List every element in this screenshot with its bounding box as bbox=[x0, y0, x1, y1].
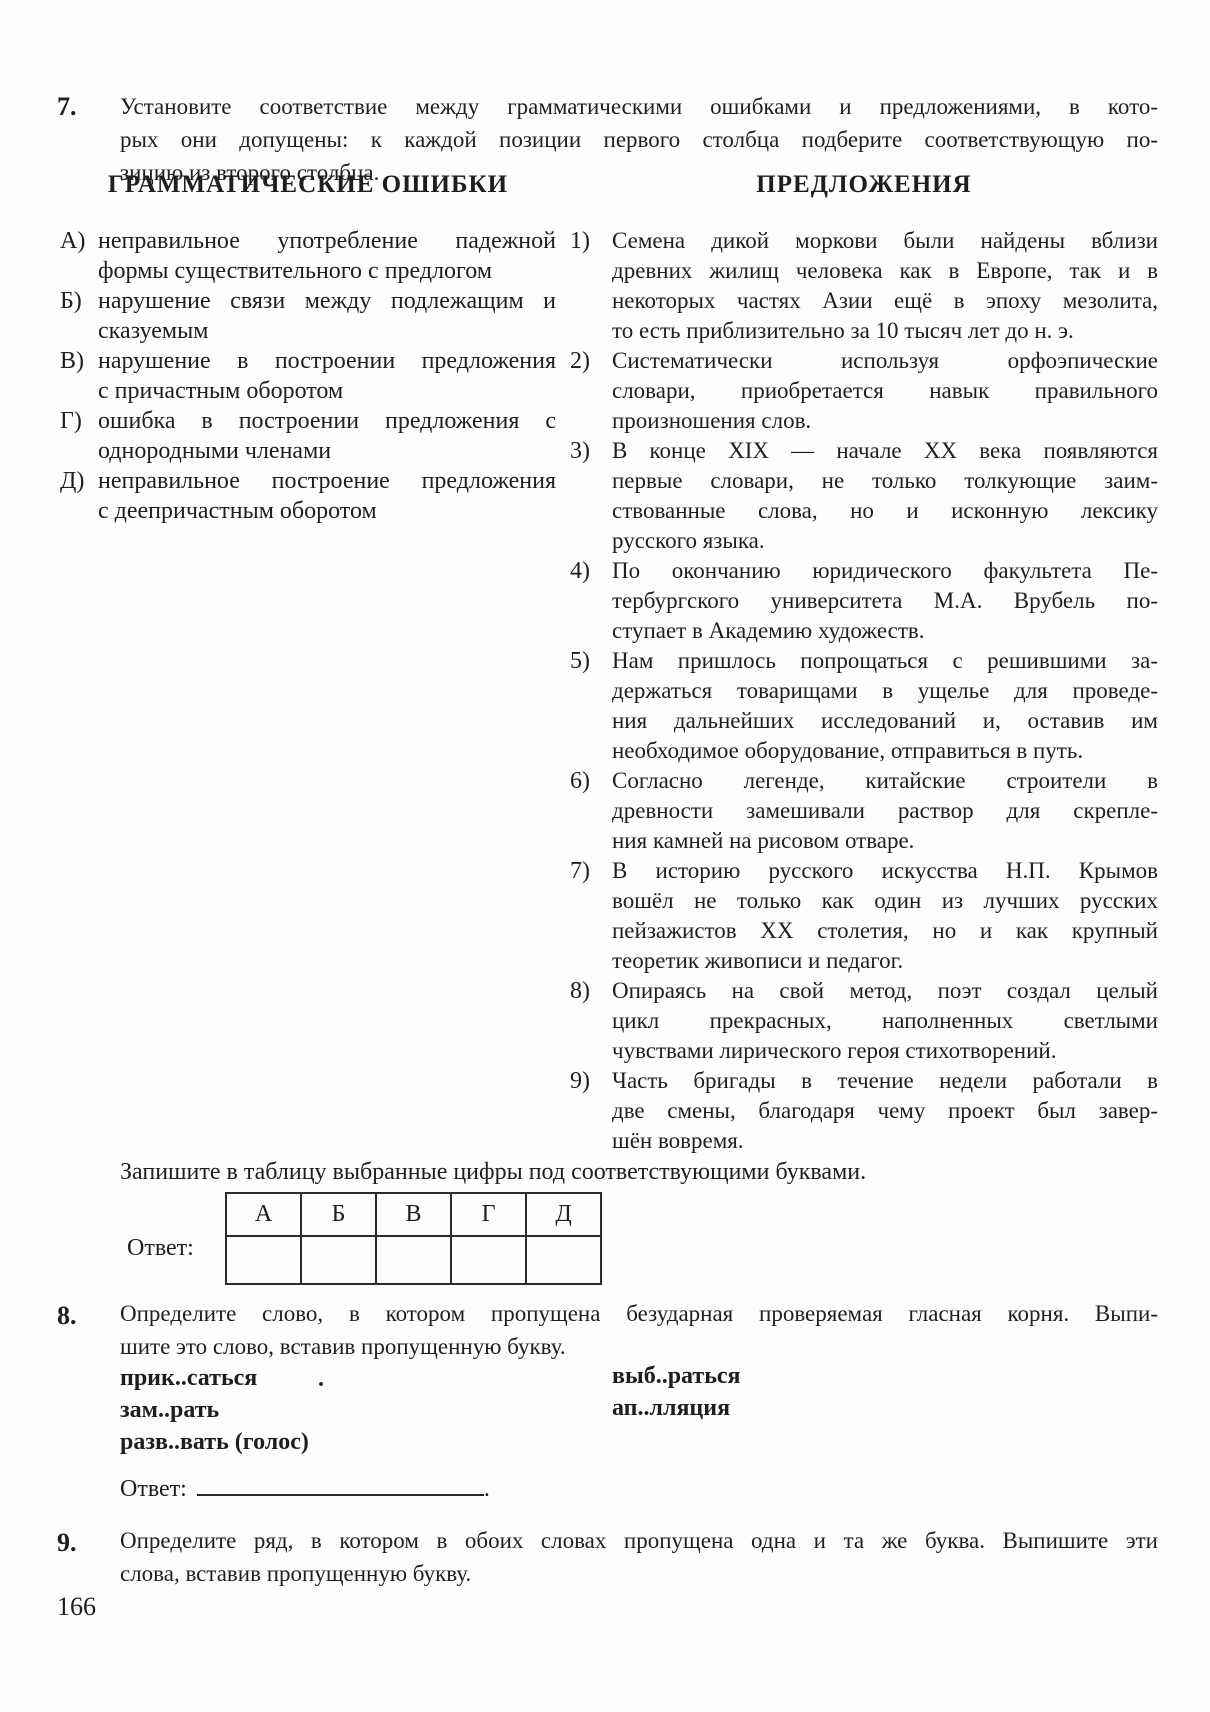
match-list-item: 6) Согласно легенде, китайские строители… bbox=[570, 766, 1158, 856]
item-label: 6) bbox=[570, 766, 612, 856]
match-list-item: 9) Часть бригады в течение недели работа… bbox=[570, 1066, 1158, 1156]
task8-prompt: Определите слово, в котором пропущена бе… bbox=[120, 1297, 1158, 1363]
item-label: 1) bbox=[570, 226, 612, 346]
task7-answer-label: Ответ: bbox=[127, 1233, 194, 1263]
answer-table-empty-cell[interactable] bbox=[301, 1236, 376, 1284]
item-text: Семена дикой моркови были найдены вблизи… bbox=[612, 226, 1158, 346]
sentences-list: 1) Семена дикой моркови были найдены вбл… bbox=[570, 226, 1158, 1156]
task7-number: 7. bbox=[57, 90, 77, 123]
match-list-item: 4) По окончанию юридического факультета … bbox=[570, 556, 1158, 646]
task8-answer-blank-line bbox=[197, 1472, 484, 1496]
match-list-item: В) нарушение в построении предложенияс п… bbox=[60, 346, 556, 406]
task8-answer-row: Ответ:. bbox=[120, 1472, 490, 1504]
match-list-item: 5) Нам пришлось попрощаться с решившими … bbox=[570, 646, 1158, 766]
answer-table-header-row: АБВГД bbox=[226, 1193, 601, 1236]
answer-table-empty-row bbox=[226, 1236, 601, 1284]
page-number: 166 bbox=[57, 1592, 96, 1622]
match-list-item: Б) нарушение связи между подлежащим иска… bbox=[60, 286, 556, 346]
word-item: выб..раться bbox=[612, 1360, 741, 1392]
sentences-column: ПРЕДЛОЖЕНИЯ 1) Семена дикой моркови были… bbox=[570, 170, 1158, 1156]
item-label: Г) bbox=[60, 406, 98, 466]
item-text: Нам пришлось попрощаться с решившими за-… bbox=[612, 646, 1158, 766]
grammar-errors-list: А) неправильное употребление падежнойфор… bbox=[60, 226, 556, 526]
word-item: прик..саться bbox=[120, 1362, 309, 1394]
match-list-item: 7) В историю русского искусства Н.П. Кры… bbox=[570, 856, 1158, 976]
item-text: В конце XIX — начале XX века появляютсяп… bbox=[612, 436, 1158, 556]
match-list-item: 1) Семена дикой моркови были найдены вбл… bbox=[570, 226, 1158, 346]
match-list-item: 8) Опираясь на свой метод, поэт создал ц… bbox=[570, 976, 1158, 1066]
answer-table-header-cell: Б bbox=[301, 1193, 376, 1236]
item-label: 3) bbox=[570, 436, 612, 556]
answer-table-header-cell: А bbox=[226, 1193, 301, 1236]
task7-answer-table: АБВГД bbox=[225, 1192, 602, 1285]
match-list-item: А) неправильное употребление падежнойфор… bbox=[60, 226, 556, 286]
item-text: Согласно легенде, китайские строители вд… bbox=[612, 766, 1158, 856]
item-label: 9) bbox=[570, 1066, 612, 1156]
answer-table-header-cell: В bbox=[376, 1193, 451, 1236]
match-list-item: Д) неправильное построение предложенияс … bbox=[60, 466, 556, 526]
scanned-textbook-page: 7. Установите соответствие между граммат… bbox=[0, 0, 1210, 1712]
item-label: Д) bbox=[60, 466, 98, 526]
task8-words-right: выб..ратьсяап..лляция bbox=[612, 1360, 741, 1424]
answer-table-empty-cell[interactable] bbox=[526, 1236, 601, 1284]
task7-write-note: Запишите в таблицу выбранные цифры под с… bbox=[120, 1157, 866, 1187]
task8-answer-period: . bbox=[484, 1476, 490, 1502]
word-item: разв..вать (голос) bbox=[120, 1426, 309, 1458]
grammar-errors-column: ГРАММАТИЧЕСКИЕ ОШИБКИ А) неправильное уп… bbox=[60, 170, 556, 526]
item-label: 4) bbox=[570, 556, 612, 646]
item-label: 8) bbox=[570, 976, 612, 1066]
print-artifact-dot: . bbox=[318, 1374, 324, 1384]
item-label: 5) bbox=[570, 646, 612, 766]
word-item: зам..рать bbox=[120, 1394, 309, 1426]
item-text: В историю русского искусства Н.П. Крымов… bbox=[612, 856, 1158, 976]
sentences-header: ПРЕДЛОЖЕНИЯ bbox=[570, 170, 1158, 200]
item-text: Часть бригады в течение недели работали … bbox=[612, 1066, 1158, 1156]
task8-number: 8. bbox=[57, 1299, 77, 1332]
task9-number: 9. bbox=[57, 1526, 77, 1559]
task8-answer-label: Ответ: bbox=[120, 1476, 187, 1502]
item-text: Систематически используя орфоэпическиесл… bbox=[612, 346, 1158, 436]
item-text: неправильное употребление падежнойформы … bbox=[98, 226, 556, 286]
item-text: нарушение связи между подлежащим исказуе… bbox=[98, 286, 556, 346]
grammar-errors-header: ГРАММАТИЧЕСКИЕ ОШИБКИ bbox=[60, 170, 556, 200]
match-list-item: Г) ошибка в построении предложения содно… bbox=[60, 406, 556, 466]
item-text: нарушение в построении предложенияс прич… bbox=[98, 346, 556, 406]
item-label: 7) bbox=[570, 856, 612, 976]
answer-table-header-cell: Д bbox=[526, 1193, 601, 1236]
item-text: Опираясь на свой метод, поэт создал целы… bbox=[612, 976, 1158, 1066]
match-list-item: 3) В конце XIX — начале XX века появляют… bbox=[570, 436, 1158, 556]
item-text: неправильное построение предложенияс дее… bbox=[98, 466, 556, 526]
item-label: А) bbox=[60, 226, 98, 286]
task8-words-left: прик..сатьсязам..ратьразв..вать (голос) bbox=[120, 1362, 309, 1458]
item-text: ошибка в построении предложения соднород… bbox=[98, 406, 556, 466]
item-label: В) bbox=[60, 346, 98, 406]
answer-table-header-cell: Г bbox=[451, 1193, 526, 1236]
task9-prompt: Определите ряд, в котором в обоих словах… bbox=[120, 1524, 1158, 1590]
item-label: Б) bbox=[60, 286, 98, 346]
word-item: ап..лляция bbox=[612, 1392, 741, 1424]
answer-table-empty-cell[interactable] bbox=[376, 1236, 451, 1284]
answer-table-empty-cell[interactable] bbox=[226, 1236, 301, 1284]
answer-table-empty-cell[interactable] bbox=[451, 1236, 526, 1284]
item-label: 2) bbox=[570, 346, 612, 436]
item-text: По окончанию юридического факультета Пе-… bbox=[612, 556, 1158, 646]
match-list-item: 2) Систематически используя орфоэпически… bbox=[570, 346, 1158, 436]
